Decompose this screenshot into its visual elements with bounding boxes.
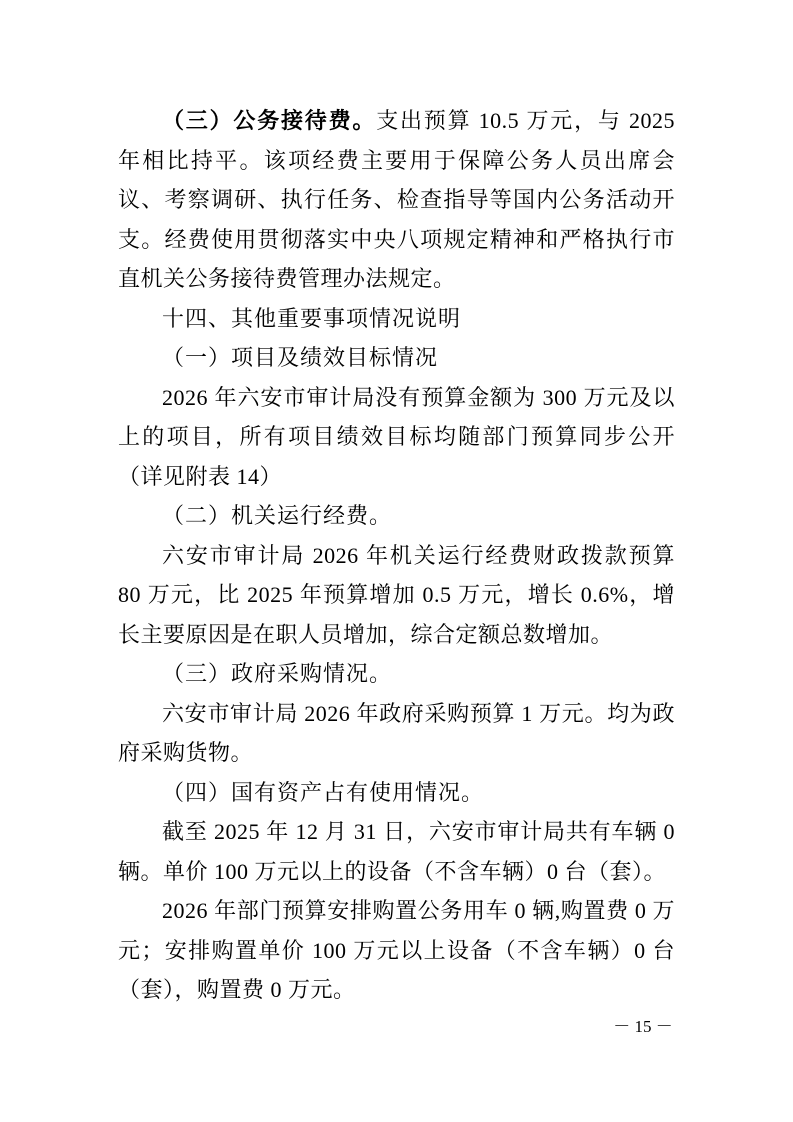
subheading-agency-operating-funds: （二）机关运行经费。: [118, 496, 675, 536]
paragraph-government-procurement: 六安市审计局 2026 年政府采购预算 1 万元。均为政府采购货物。: [118, 694, 675, 773]
paragraph-projects-performance: 2026 年六安市审计局没有预算金额为 300 万元及以上的项目，所有项目绩效目…: [118, 378, 675, 497]
paragraph-vehicles-equipment-current: 截至 2025 年 12 月 31 日，六安市审计局共有车辆 0 辆。单价 10…: [118, 812, 675, 891]
heading-section-fourteen: 十四、其他重要事项情况说明: [118, 299, 675, 339]
page-number: － 15 －: [593, 1016, 693, 1038]
paragraph-body-text: 支出预算 10.5 万元，与 2025 年相比持平。该项经费主要用于保障公务人员…: [118, 108, 675, 291]
document-body: （三）公务接待费。支出预算 10.5 万元，与 2025 年相比持平。该项经费主…: [118, 101, 675, 1010]
paragraph-lead-bold: （三）公务接待费。: [162, 108, 376, 133]
subheading-government-procurement: （三）政府采购情况。: [118, 654, 675, 694]
paragraph-official-reception-fee: （三）公务接待费。支出预算 10.5 万元，与 2025 年相比持平。该项经费主…: [118, 101, 675, 299]
subheading-state-owned-assets: （四）国有资产占有使用情况。: [118, 773, 675, 813]
subheading-projects-performance: （一）项目及绩效目标情况: [118, 338, 675, 378]
paragraph-vehicles-equipment-budget: 2026 年部门预算安排购置公务用车 0 辆,购置费 0 万元；安排购置单价 1…: [118, 891, 675, 1010]
paragraph-agency-operating-funds: 六安市审计局 2026 年机关运行经费财政拨款预算 80 万元，比 2025 年…: [118, 536, 675, 655]
document-page: （三）公务接待费。支出预算 10.5 万元，与 2025 年相比持平。该项经费主…: [0, 0, 793, 1122]
